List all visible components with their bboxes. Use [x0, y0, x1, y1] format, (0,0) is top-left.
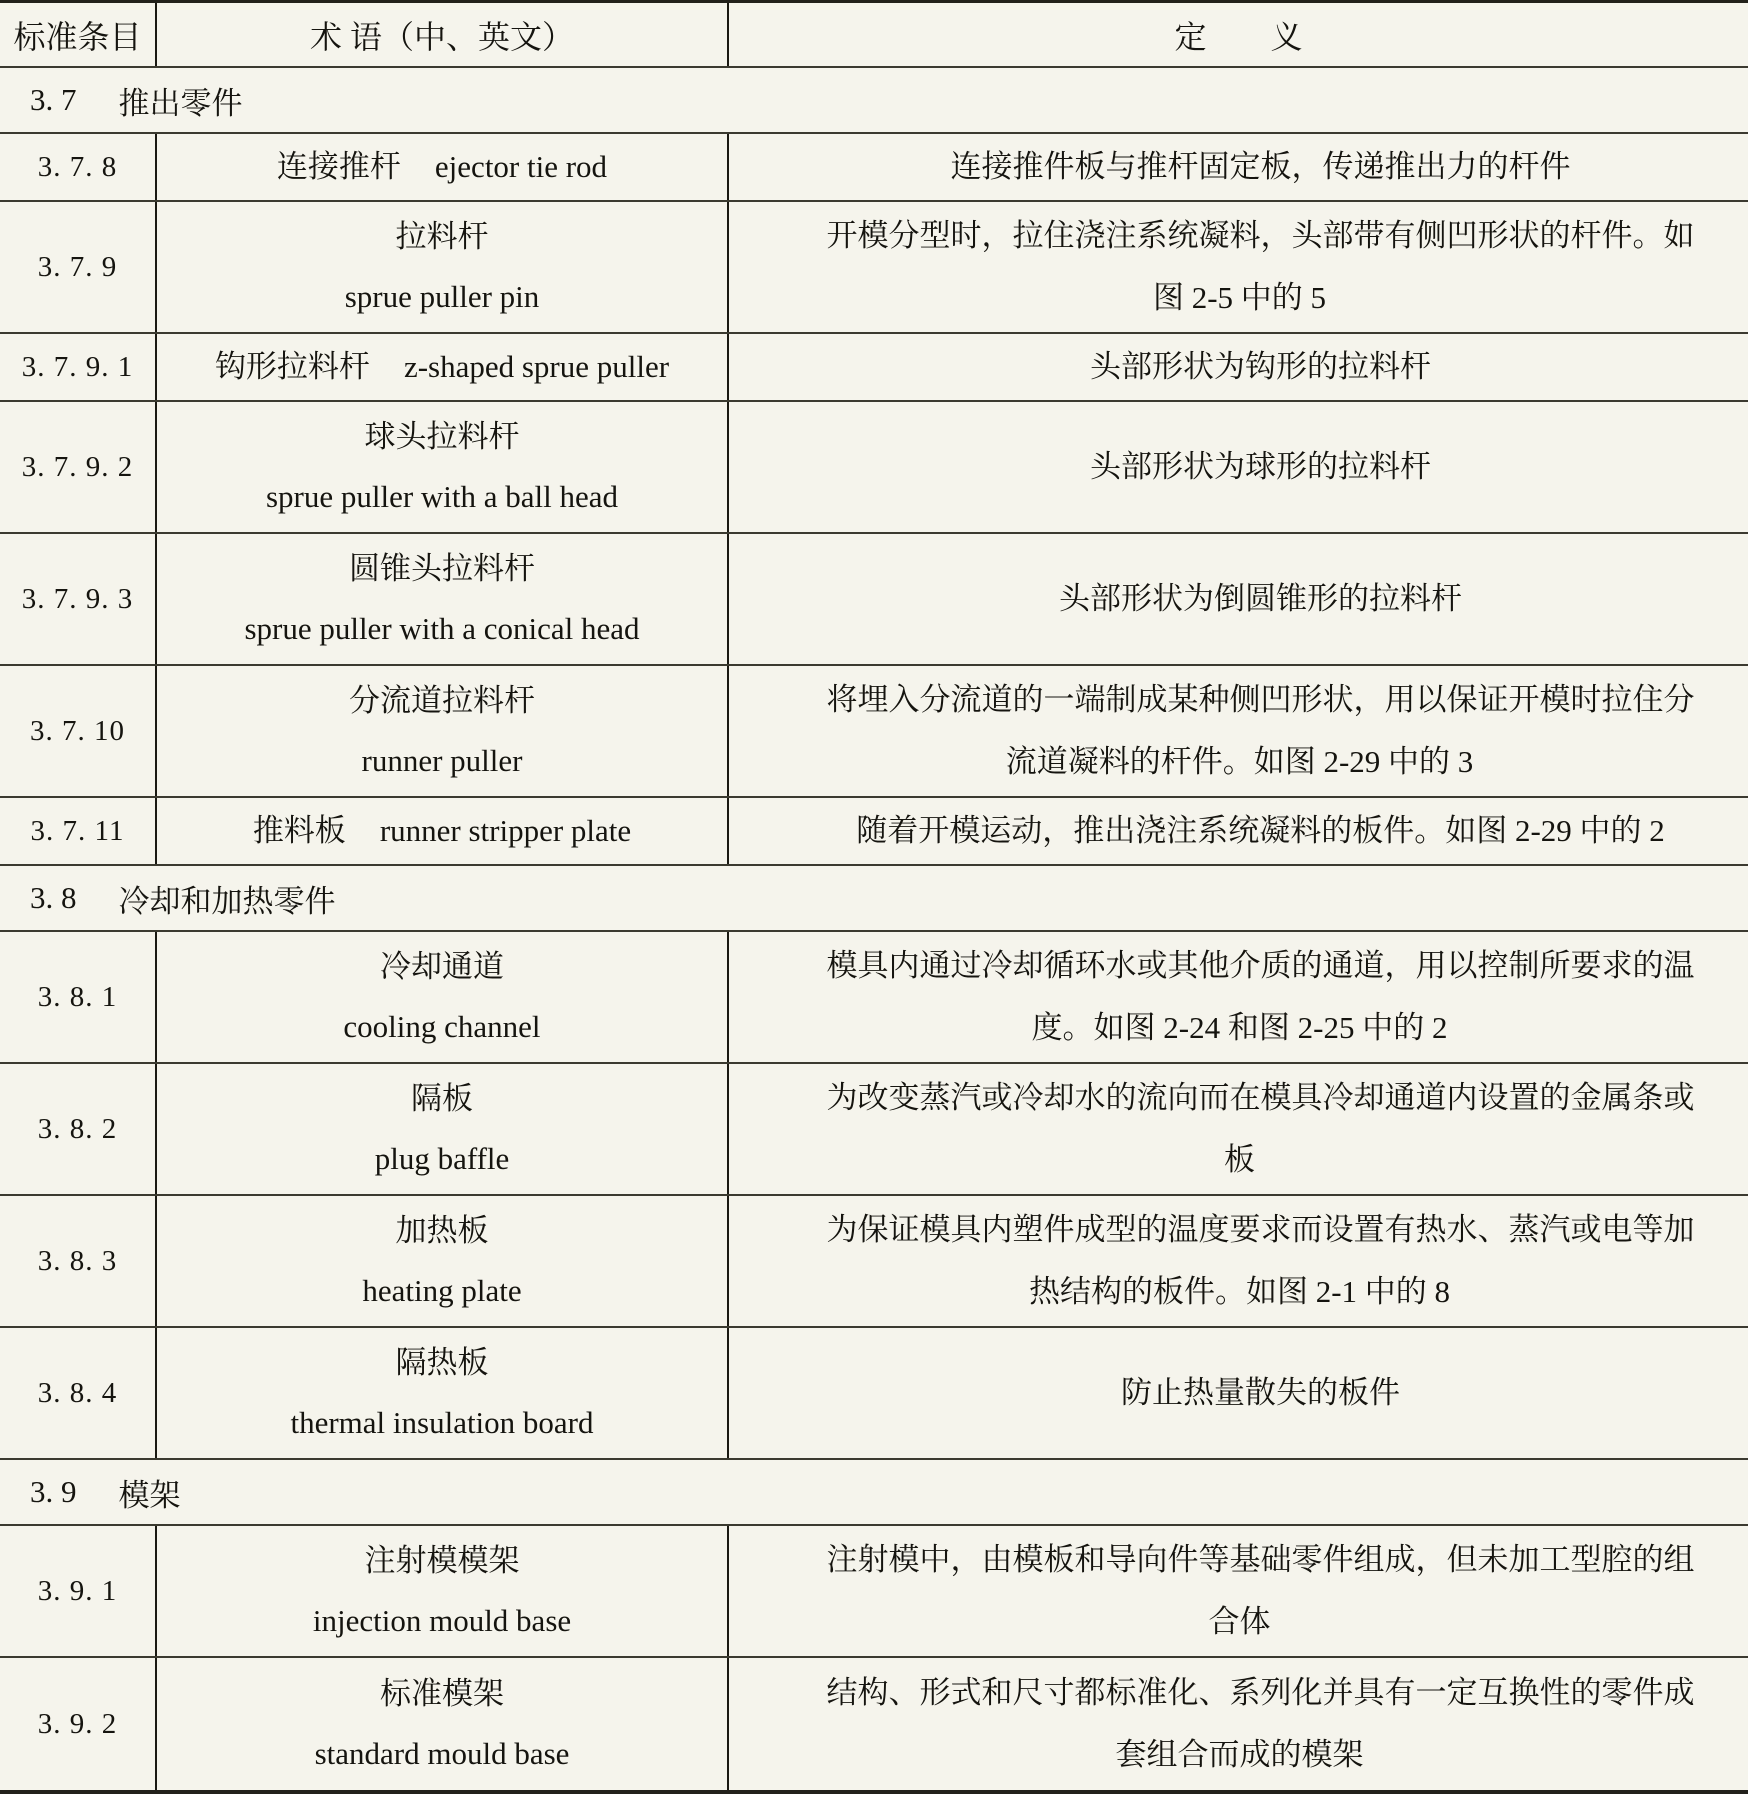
clause-number: 3. 8. 2 — [38, 1113, 118, 1146]
clause-number: 3. 9. 2 — [38, 1708, 118, 1741]
definition-line: 连接推件板与推杆固定板，传递推出力的杆件 — [909, 136, 1571, 198]
clause-cell: 3. 8. 2 — [0, 1064, 157, 1194]
clause-number: 3. 7. 9. 1 — [22, 351, 134, 384]
term-cell: 分流道拉料杆runner puller — [157, 666, 729, 796]
term-cn: 隔板 — [411, 1069, 473, 1129]
term-cn: 冷却通道 — [380, 937, 504, 997]
clause-cell: 3. 7. 9. 1 — [0, 334, 157, 400]
clause-cell: 3. 9. 1 — [0, 1526, 157, 1656]
term-en: heating plate — [362, 1261, 521, 1321]
clause-number: 3. 8. 1 — [38, 981, 118, 1014]
definition-cell: 连接推件板与推杆固定板，传递推出力的杆件 — [729, 134, 1748, 200]
header-definition-label: 定 义 — [729, 3, 1748, 66]
definition-line: 注射模中，由模板和导向件等基础零件组成，但未加工型腔的组 — [785, 1529, 1695, 1591]
definition-line: 头部形状为倒圆锥形的拉料杆 — [1017, 568, 1462, 630]
term-cell: 推料板runner stripper plate — [157, 798, 729, 864]
clause-number: 3. 7. 9. 3 — [22, 583, 134, 616]
section-title: 冷却和加热零件 — [119, 876, 336, 921]
standard-terms-table: 标准条目 术 语（中、英文） 定 义 3. 7推出零件3. 7. 8连接推杆ej… — [0, 0, 1748, 1794]
term-cn: 注射模模架 — [365, 1531, 520, 1591]
table-row: 3. 7. 9拉料杆sprue puller pin开模分型时，拉住浇注系统凝料… — [0, 200, 1748, 332]
term-en: runner stripper plate — [380, 801, 631, 861]
definition-cell: 注射模中，由模板和导向件等基础零件组成，但未加工型腔的组合体 — [729, 1526, 1748, 1656]
term-cn: 连接推杆 — [277, 137, 401, 197]
term-cn: 标准模架 — [380, 1664, 504, 1724]
clause-cell: 3. 8. 4 — [0, 1328, 157, 1458]
clause-cell: 3. 7. 10 — [0, 666, 157, 796]
section-row: 3. 9模架 — [0, 1458, 1748, 1524]
clause-cell: 3. 7. 8 — [0, 134, 157, 200]
term-cell: 钩形拉料杆z-shaped sprue puller — [157, 334, 729, 400]
definition-line: 合体 — [1209, 1591, 1271, 1653]
table-row: 3. 7. 11推料板runner stripper plate随着开模运动，推… — [0, 796, 1748, 864]
term-en: sprue puller with a conical head — [244, 599, 639, 659]
definition-line: 板 — [1224, 1129, 1255, 1191]
term-en: plug baffle — [375, 1129, 510, 1189]
term-en: injection mould base — [313, 1591, 571, 1651]
definition-line: 随着开模运动，推出浇注系统凝料的板件。如图 2-29 中的 2 — [814, 800, 1665, 862]
clause-number: 3. 7. 9. 2 — [22, 451, 134, 484]
clause-cell: 3. 8. 1 — [0, 932, 157, 1062]
term-cn: 钩形拉料杆 — [215, 337, 370, 397]
term-cell: 球头拉料杆sprue puller with a ball head — [157, 402, 729, 532]
definition-cell: 为保证模具内塑件成型的温度要求而设置有热水、蒸汽或电等加热结构的板件。如图 2-… — [729, 1196, 1748, 1326]
definition-line: 度。如图 2-24 和图 2-25 中的 2 — [1032, 997, 1448, 1059]
definition-line: 套组合而成的模架 — [1116, 1724, 1364, 1786]
term-en: sprue puller with a ball head — [266, 467, 618, 527]
term-cn: 拉料杆 — [396, 207, 489, 267]
section-title: 推出零件 — [119, 78, 243, 123]
definition-cell: 将埋入分流道的一端制成某种侧凹形状，用以保证开模时拉住分流道凝料的杆件。如图 2… — [729, 666, 1748, 796]
definition-line: 头部形状为球形的拉料杆 — [1048, 436, 1431, 498]
table-row: 3. 7. 9. 1钩形拉料杆z-shaped sprue puller头部形状… — [0, 332, 1748, 400]
clause-cell: 3. 7. 11 — [0, 798, 157, 864]
clause-number: 3. 7. 8 — [38, 151, 118, 184]
term-cell: 标准模架standard mould base — [157, 1658, 729, 1790]
clause-cell: 3. 7. 9. 3 — [0, 534, 157, 664]
definition-cell: 为改变蒸汽或冷却水的流向而在模具冷却通道内设置的金属条或板 — [729, 1064, 1748, 1194]
clause-number: 3. 8. 3 — [38, 1245, 118, 1278]
definition-line: 头部形状为钩形的拉料杆 — [1048, 336, 1431, 398]
term-cell: 冷却通道cooling channel — [157, 932, 729, 1062]
term-cell: 连接推杆ejector tie rod — [157, 134, 729, 200]
header-term-label: 术 语（中、英文） — [157, 3, 729, 66]
term-cell: 拉料杆sprue puller pin — [157, 202, 729, 332]
term-cn: 加热板 — [396, 1201, 489, 1261]
clause-cell: 3. 7. 9. 2 — [0, 402, 157, 532]
term-en: standard mould base — [315, 1724, 570, 1784]
term-en: sprue puller pin — [345, 267, 540, 327]
definition-cell: 头部形状为球形的拉料杆 — [729, 402, 1748, 532]
term-en: thermal insulation board — [290, 1393, 593, 1453]
table-row: 3. 7. 8连接推杆ejector tie rod连接推件板与推杆固定板，传递… — [0, 132, 1748, 200]
definition-cell: 头部形状为钩形的拉料杆 — [729, 334, 1748, 400]
clause-cell: 3. 7. 9 — [0, 202, 157, 332]
term-en: ejector tie rod — [435, 137, 607, 197]
clause-number: 3. 8. 4 — [38, 1377, 118, 1410]
definition-cell: 结构、形式和尺寸都标准化、系列化并具有一定互换性的零件成套组合而成的模架 — [729, 1658, 1748, 1790]
clause-number: 3. 7. 10 — [30, 715, 125, 748]
definition-line: 图 2-5 中的 5 — [1153, 267, 1326, 329]
definition-line: 热结构的板件。如图 2-1 中的 8 — [1029, 1261, 1450, 1323]
definition-cell: 开模分型时，拉住浇注系统凝料，头部带有侧凹形状的杆件。如图 2-5 中的 5 — [729, 202, 1748, 332]
definition-line: 流道凝料的杆件。如图 2-29 中的 3 — [1006, 731, 1474, 793]
header-clause-label: 标准条目 — [0, 3, 157, 66]
definition-cell: 随着开模运动，推出浇注系统凝料的板件。如图 2-29 中的 2 — [729, 798, 1748, 864]
section-clause: 3. 7 — [30, 82, 77, 118]
definition-line: 为保证模具内塑件成型的温度要求而设置有热水、蒸汽或电等加 — [785, 1199, 1695, 1261]
term-cn: 圆锥头拉料杆 — [349, 539, 535, 599]
term-cell: 圆锥头拉料杆sprue puller with a conical head — [157, 534, 729, 664]
term-en: z-shaped sprue puller — [404, 337, 669, 397]
term-cell: 隔热板thermal insulation board — [157, 1328, 729, 1458]
section-row: 3. 8冷却和加热零件 — [0, 864, 1748, 930]
table-row: 3. 7. 9. 3圆锥头拉料杆sprue puller with a coni… — [0, 532, 1748, 664]
term-cn: 推料板 — [253, 801, 346, 861]
table-row: 3. 8. 4隔热板thermal insulation board防止热量散失… — [0, 1326, 1748, 1458]
term-en: runner puller — [362, 731, 523, 791]
term-line: 连接推杆ejector tie rod — [277, 137, 607, 197]
definition-cell: 头部形状为倒圆锥形的拉料杆 — [729, 534, 1748, 664]
clause-cell: 3. 9. 2 — [0, 1658, 157, 1790]
section-row: 3. 7推出零件 — [0, 66, 1748, 132]
clause-number: 3. 9. 1 — [38, 1575, 118, 1608]
definition-cell: 防止热量散失的板件 — [729, 1328, 1748, 1458]
definition-line: 防止热量散失的板件 — [1079, 1362, 1400, 1424]
term-line: 钩形拉料杆z-shaped sprue puller — [215, 337, 669, 397]
definition-cell: 模具内通过冷却循环水或其他介质的通道，用以控制所要求的温度。如图 2-24 和图… — [729, 932, 1748, 1062]
term-en: cooling channel — [343, 997, 540, 1057]
table-header-row: 标准条目 术 语（中、英文） 定 义 — [0, 3, 1748, 66]
table-row: 3. 8. 3加热板heating plate为保证模具内塑件成型的温度要求而设… — [0, 1194, 1748, 1326]
table-row: 3. 7. 9. 2球头拉料杆sprue puller with a ball … — [0, 400, 1748, 532]
section-title: 模架 — [119, 1470, 181, 1515]
term-cn: 分流道拉料杆 — [349, 671, 535, 731]
definition-line: 结构、形式和尺寸都标准化、系列化并具有一定互换性的零件成 — [785, 1662, 1695, 1724]
section-clause: 3. 9 — [30, 1474, 77, 1510]
clause-number: 3. 7. 9 — [38, 251, 118, 284]
clause-cell: 3. 8. 3 — [0, 1196, 157, 1326]
term-cell: 加热板heating plate — [157, 1196, 729, 1326]
definition-line: 模具内通过冷却循环水或其他介质的通道，用以控制所要求的温 — [785, 935, 1695, 997]
term-line: 推料板runner stripper plate — [253, 801, 631, 861]
clause-number: 3. 7. 11 — [31, 815, 125, 848]
table-row: 3. 9. 2标准模架standard mould base结构、形式和尺寸都标… — [0, 1656, 1748, 1790]
term-cn: 球头拉料杆 — [365, 407, 520, 467]
definition-line: 开模分型时，拉住浇注系统凝料，头部带有侧凹形状的杆件。如 — [785, 205, 1695, 267]
table-row: 3. 8. 2隔板plug baffle为改变蒸汽或冷却水的流向而在模具冷却通道… — [0, 1062, 1748, 1194]
term-cell: 隔板plug baffle — [157, 1064, 729, 1194]
table-row: 3. 9. 1注射模模架injection mould base注射模中，由模板… — [0, 1524, 1748, 1656]
definition-line: 将埋入分流道的一端制成某种侧凹形状，用以保证开模时拉住分 — [785, 669, 1695, 731]
table-row: 3. 7. 10分流道拉料杆runner puller将埋入分流道的一端制成某种… — [0, 664, 1748, 796]
term-cn: 隔热板 — [396, 1333, 489, 1393]
term-cell: 注射模模架injection mould base — [157, 1526, 729, 1656]
section-clause: 3. 8 — [30, 880, 77, 916]
definition-line: 为改变蒸汽或冷却水的流向而在模具冷却通道内设置的金属条或 — [785, 1067, 1695, 1129]
table-row: 3. 8. 1冷却通道cooling channel模具内通过冷却循环水或其他介… — [0, 930, 1748, 1062]
